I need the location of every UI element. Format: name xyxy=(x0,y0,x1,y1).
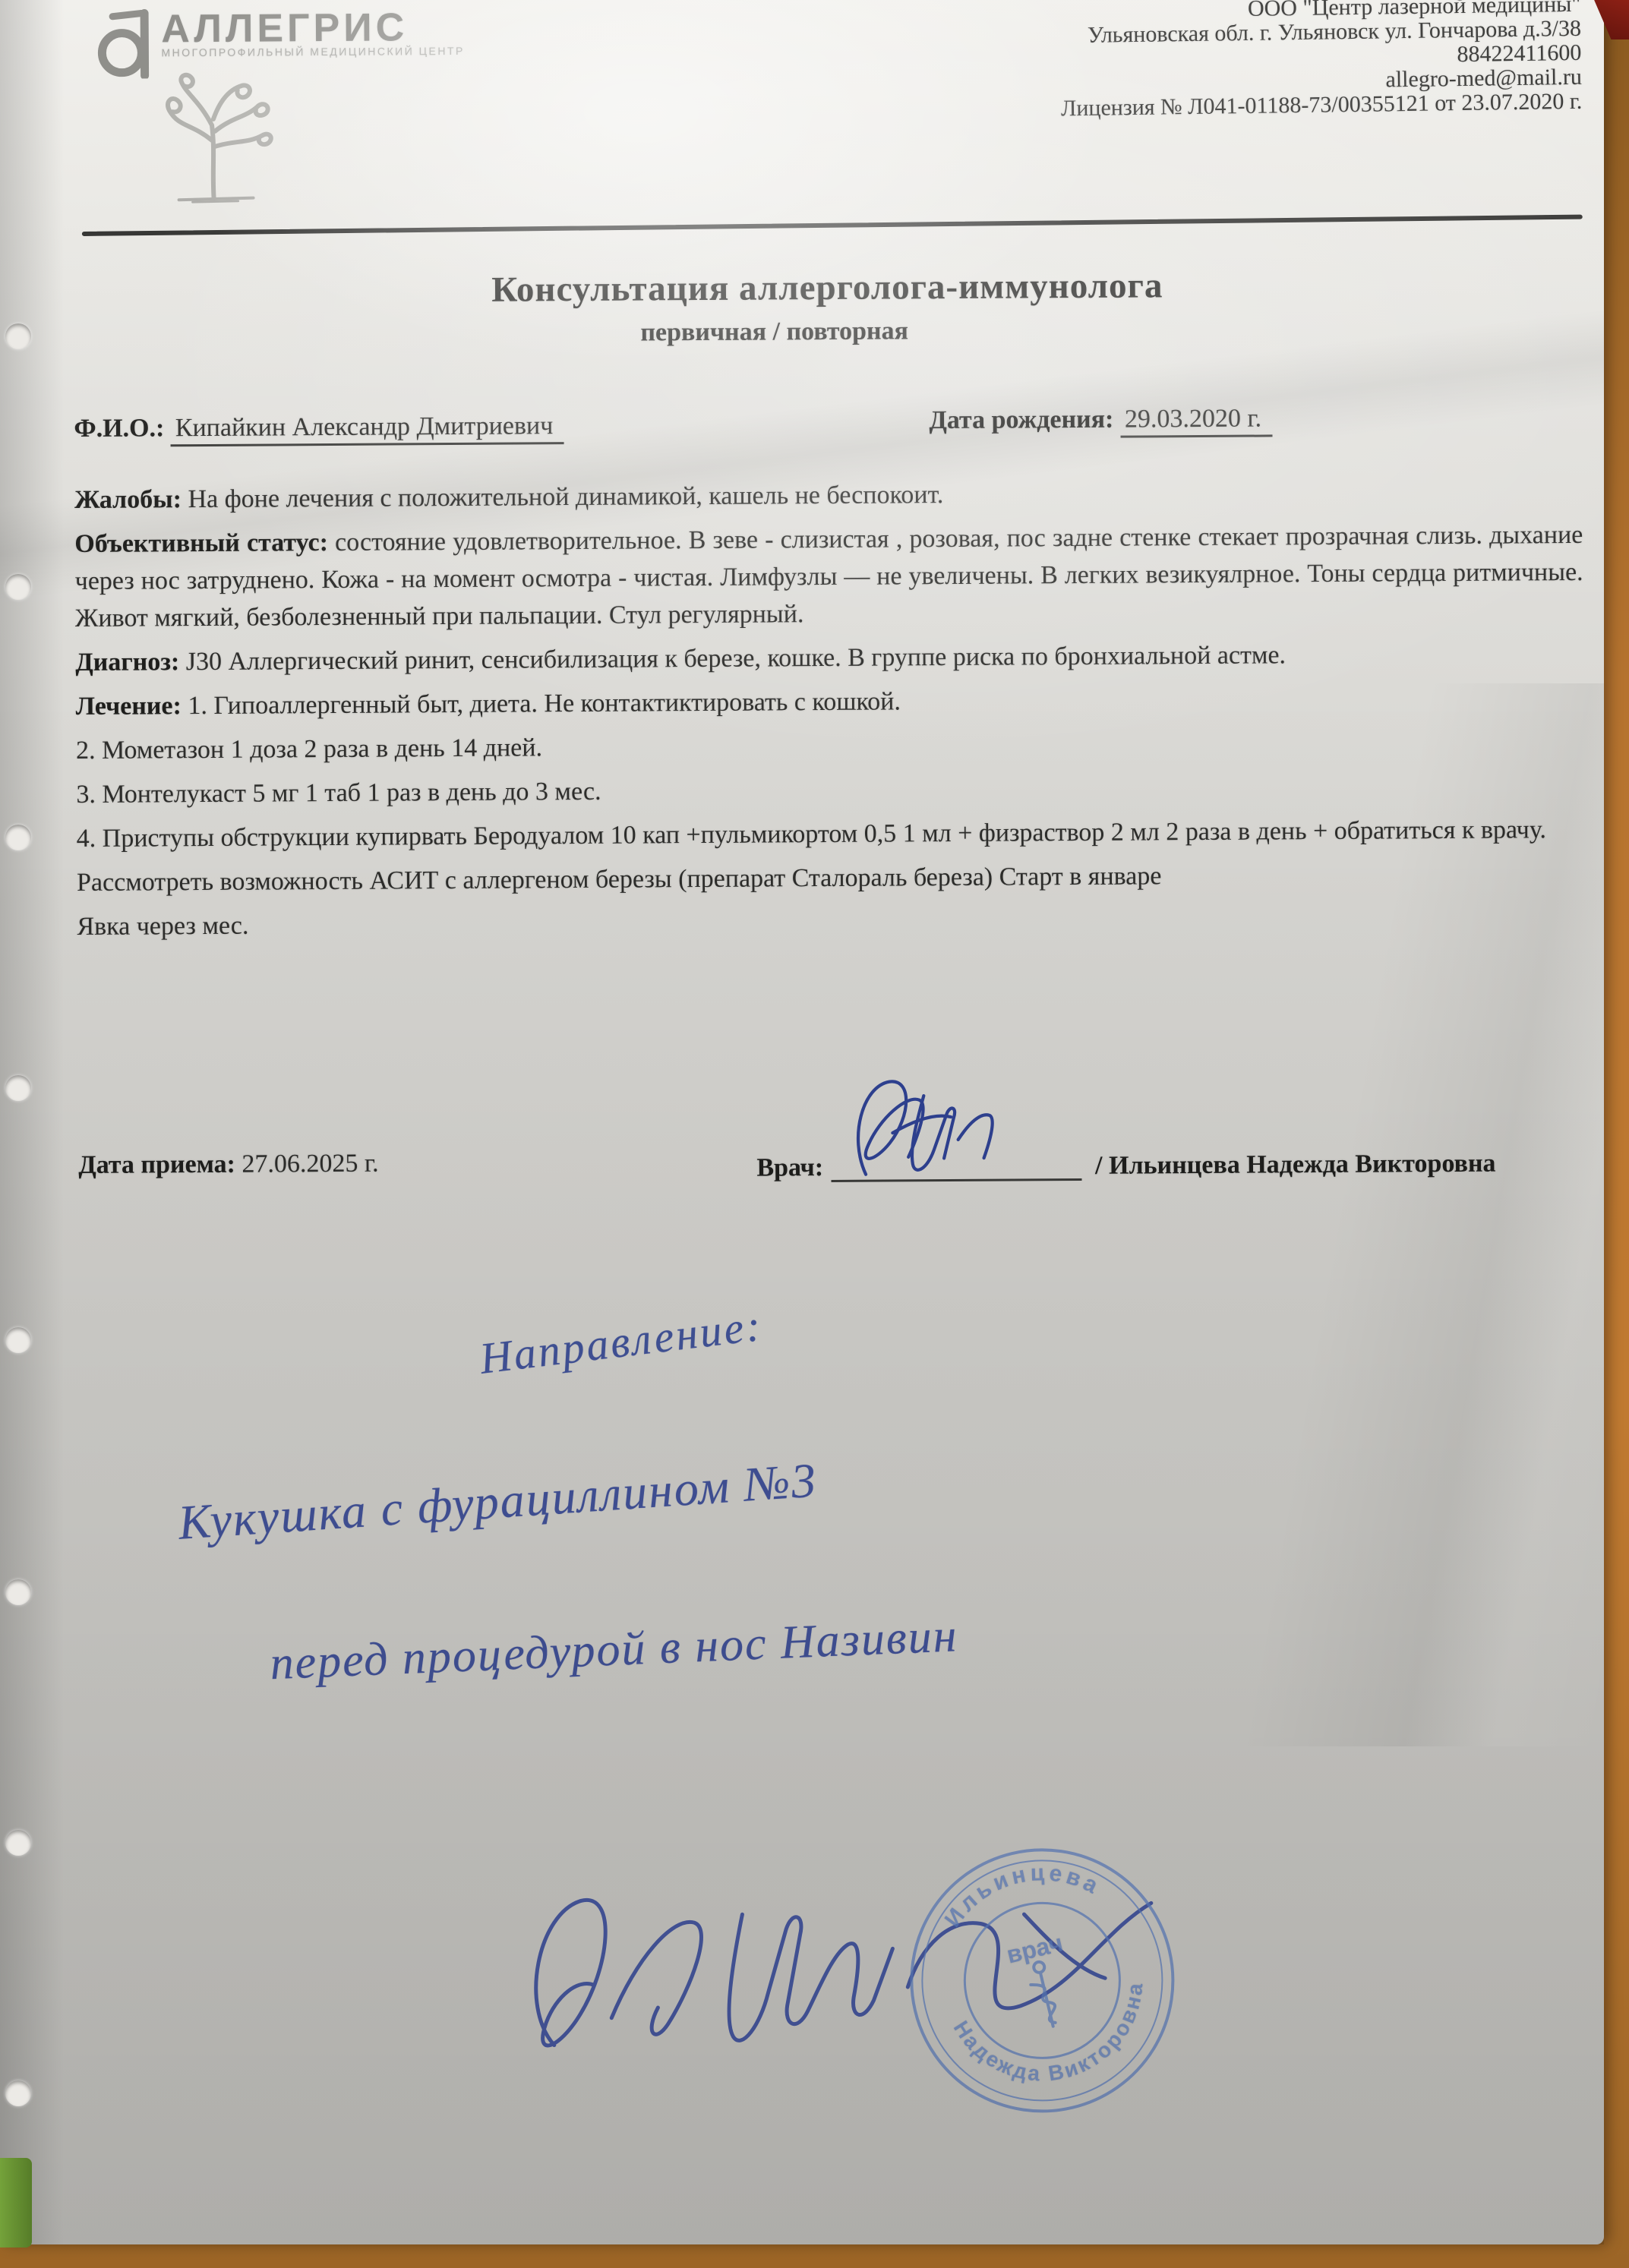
treatment-item-1: 1. Гипоаллергенный быт, диета. Не контак… xyxy=(188,687,901,720)
tree-ornament-icon xyxy=(147,70,284,207)
svg-text:Надежда Викторовна: Надежда Викторовна xyxy=(947,1975,1165,2106)
diagnosis-label: Диагноз: xyxy=(75,648,179,677)
patient-dob: Дата рождения: 29.03.2020 г. xyxy=(929,404,1272,435)
background-corner-green xyxy=(0,2158,32,2247)
binder-hole xyxy=(5,1075,31,1101)
treatment-label: Лечение: xyxy=(76,692,182,721)
followup-note: Явка через мес. xyxy=(77,899,1585,945)
dob-value: 29.03.2020 г. xyxy=(1120,404,1272,437)
complaints-section: Жалобы: На фоне лечения с положительной … xyxy=(74,472,1583,519)
binder-hole xyxy=(5,2080,31,2106)
diagnosis-text: J30 Аллергический ринит, сенсибилизация … xyxy=(186,641,1286,676)
treatment-line-1: Лечение: 1. Гипоаллергенный быт, диета. … xyxy=(76,679,1584,725)
binder-hole xyxy=(5,574,31,600)
treatment-line-2: 2. Мометазон 1 доза 2 раза в день 14 дне… xyxy=(76,723,1584,769)
binder-hole xyxy=(5,825,31,850)
handwritten-heading: Направление: xyxy=(477,1300,766,1384)
fio-value: Кипайкин Александр Дмитриевич xyxy=(171,412,564,446)
header-divider xyxy=(82,215,1583,236)
visit-date-label: Дата приема: xyxy=(78,1150,235,1179)
doctor-line: Врач: / Ильинцева Надежда Викторовна xyxy=(756,1143,1495,1183)
organization-block: ООО "Центр лазерной медицины" Ульяновска… xyxy=(396,0,1582,131)
patient-row: Ф.И.О.: Кипайкин Александр Дмитриевич Да… xyxy=(72,405,1583,415)
treatment-line-3: 3. Монтелукаст 5 мг 1 таб 1 раз в день д… xyxy=(76,767,1584,813)
status-label: Объективный статус: xyxy=(74,528,328,558)
doctor-label: Врач: xyxy=(756,1153,823,1182)
binder-hole xyxy=(5,1830,31,1856)
title-block: Консультация аллерголога-иммунолога перв… xyxy=(71,263,1583,351)
treatment-line-4: 4. Приступы обструкции купирвать Беродуа… xyxy=(77,811,1585,857)
binder-hole xyxy=(5,323,31,349)
complaints-text: На фоне лечения с положительной динамико… xyxy=(188,481,943,513)
patient-fio: Ф.И.О.: Кипайкин Александр Дмитриевич xyxy=(74,412,564,443)
complaints-label: Жалобы: xyxy=(74,485,182,514)
binder-hole xyxy=(5,1579,31,1605)
caduceus-icon xyxy=(1026,1960,1059,2029)
doctor-signature-slot xyxy=(831,1145,1081,1182)
visit-date-value: 27.06.2025 г. xyxy=(242,1150,378,1178)
visit-date: Дата приема: 27.06.2025 г. xyxy=(78,1150,378,1180)
document-content: АЛЛЕГРИС МНОГОПРОФИЛЬНЫЙ МЕДИЦИНСКИЙ ЦЕН… xyxy=(70,0,1595,2249)
stylized-a-icon xyxy=(97,8,154,82)
binder-hole xyxy=(5,1327,31,1353)
photo: АЛЛЕГРИС МНОГОПРОФИЛЬНЫЙ МЕДИЦИНСКИЙ ЦЕН… xyxy=(0,0,1629,2268)
doctor-signature xyxy=(838,1071,1021,1185)
status-section: Объективный статус: состояние удовлетвор… xyxy=(74,516,1583,637)
dob-label: Дата рождения: xyxy=(929,405,1113,434)
visit-row: Дата приема: 27.06.2025 г. Врач: / Ильин… xyxy=(78,1098,1589,1236)
fio-label: Ф.И.О.: xyxy=(74,414,164,443)
handwritten-line-3: перед процедурой в нос Називин xyxy=(269,1609,959,1691)
document-page: АЛЛЕГРИС МНОГОПРОФИЛЬНЫЙ МЕДИЦИНСКИЙ ЦЕН… xyxy=(0,0,1604,2244)
handwritten-line-2: Кукушка с фурациллином №3 xyxy=(177,1452,819,1550)
doctor-name: / Ильинцева Надежда Викторовна xyxy=(1095,1150,1496,1180)
report-body: Жалобы: На фоне лечения с положительной … xyxy=(74,472,1586,952)
asit-note: Рассмотреть возможность АСИТ с аллергено… xyxy=(77,855,1585,901)
page-subtitle: первичная / повторная xyxy=(19,313,1530,351)
page-title: Консультация аллерголога-иммунолога xyxy=(71,263,1583,313)
stamp-arc-bottom: Надежда Викторовна xyxy=(947,1975,1165,2106)
diagnosis-section: Диагноз: J30 Аллергический ринит, сенсиб… xyxy=(75,635,1583,681)
